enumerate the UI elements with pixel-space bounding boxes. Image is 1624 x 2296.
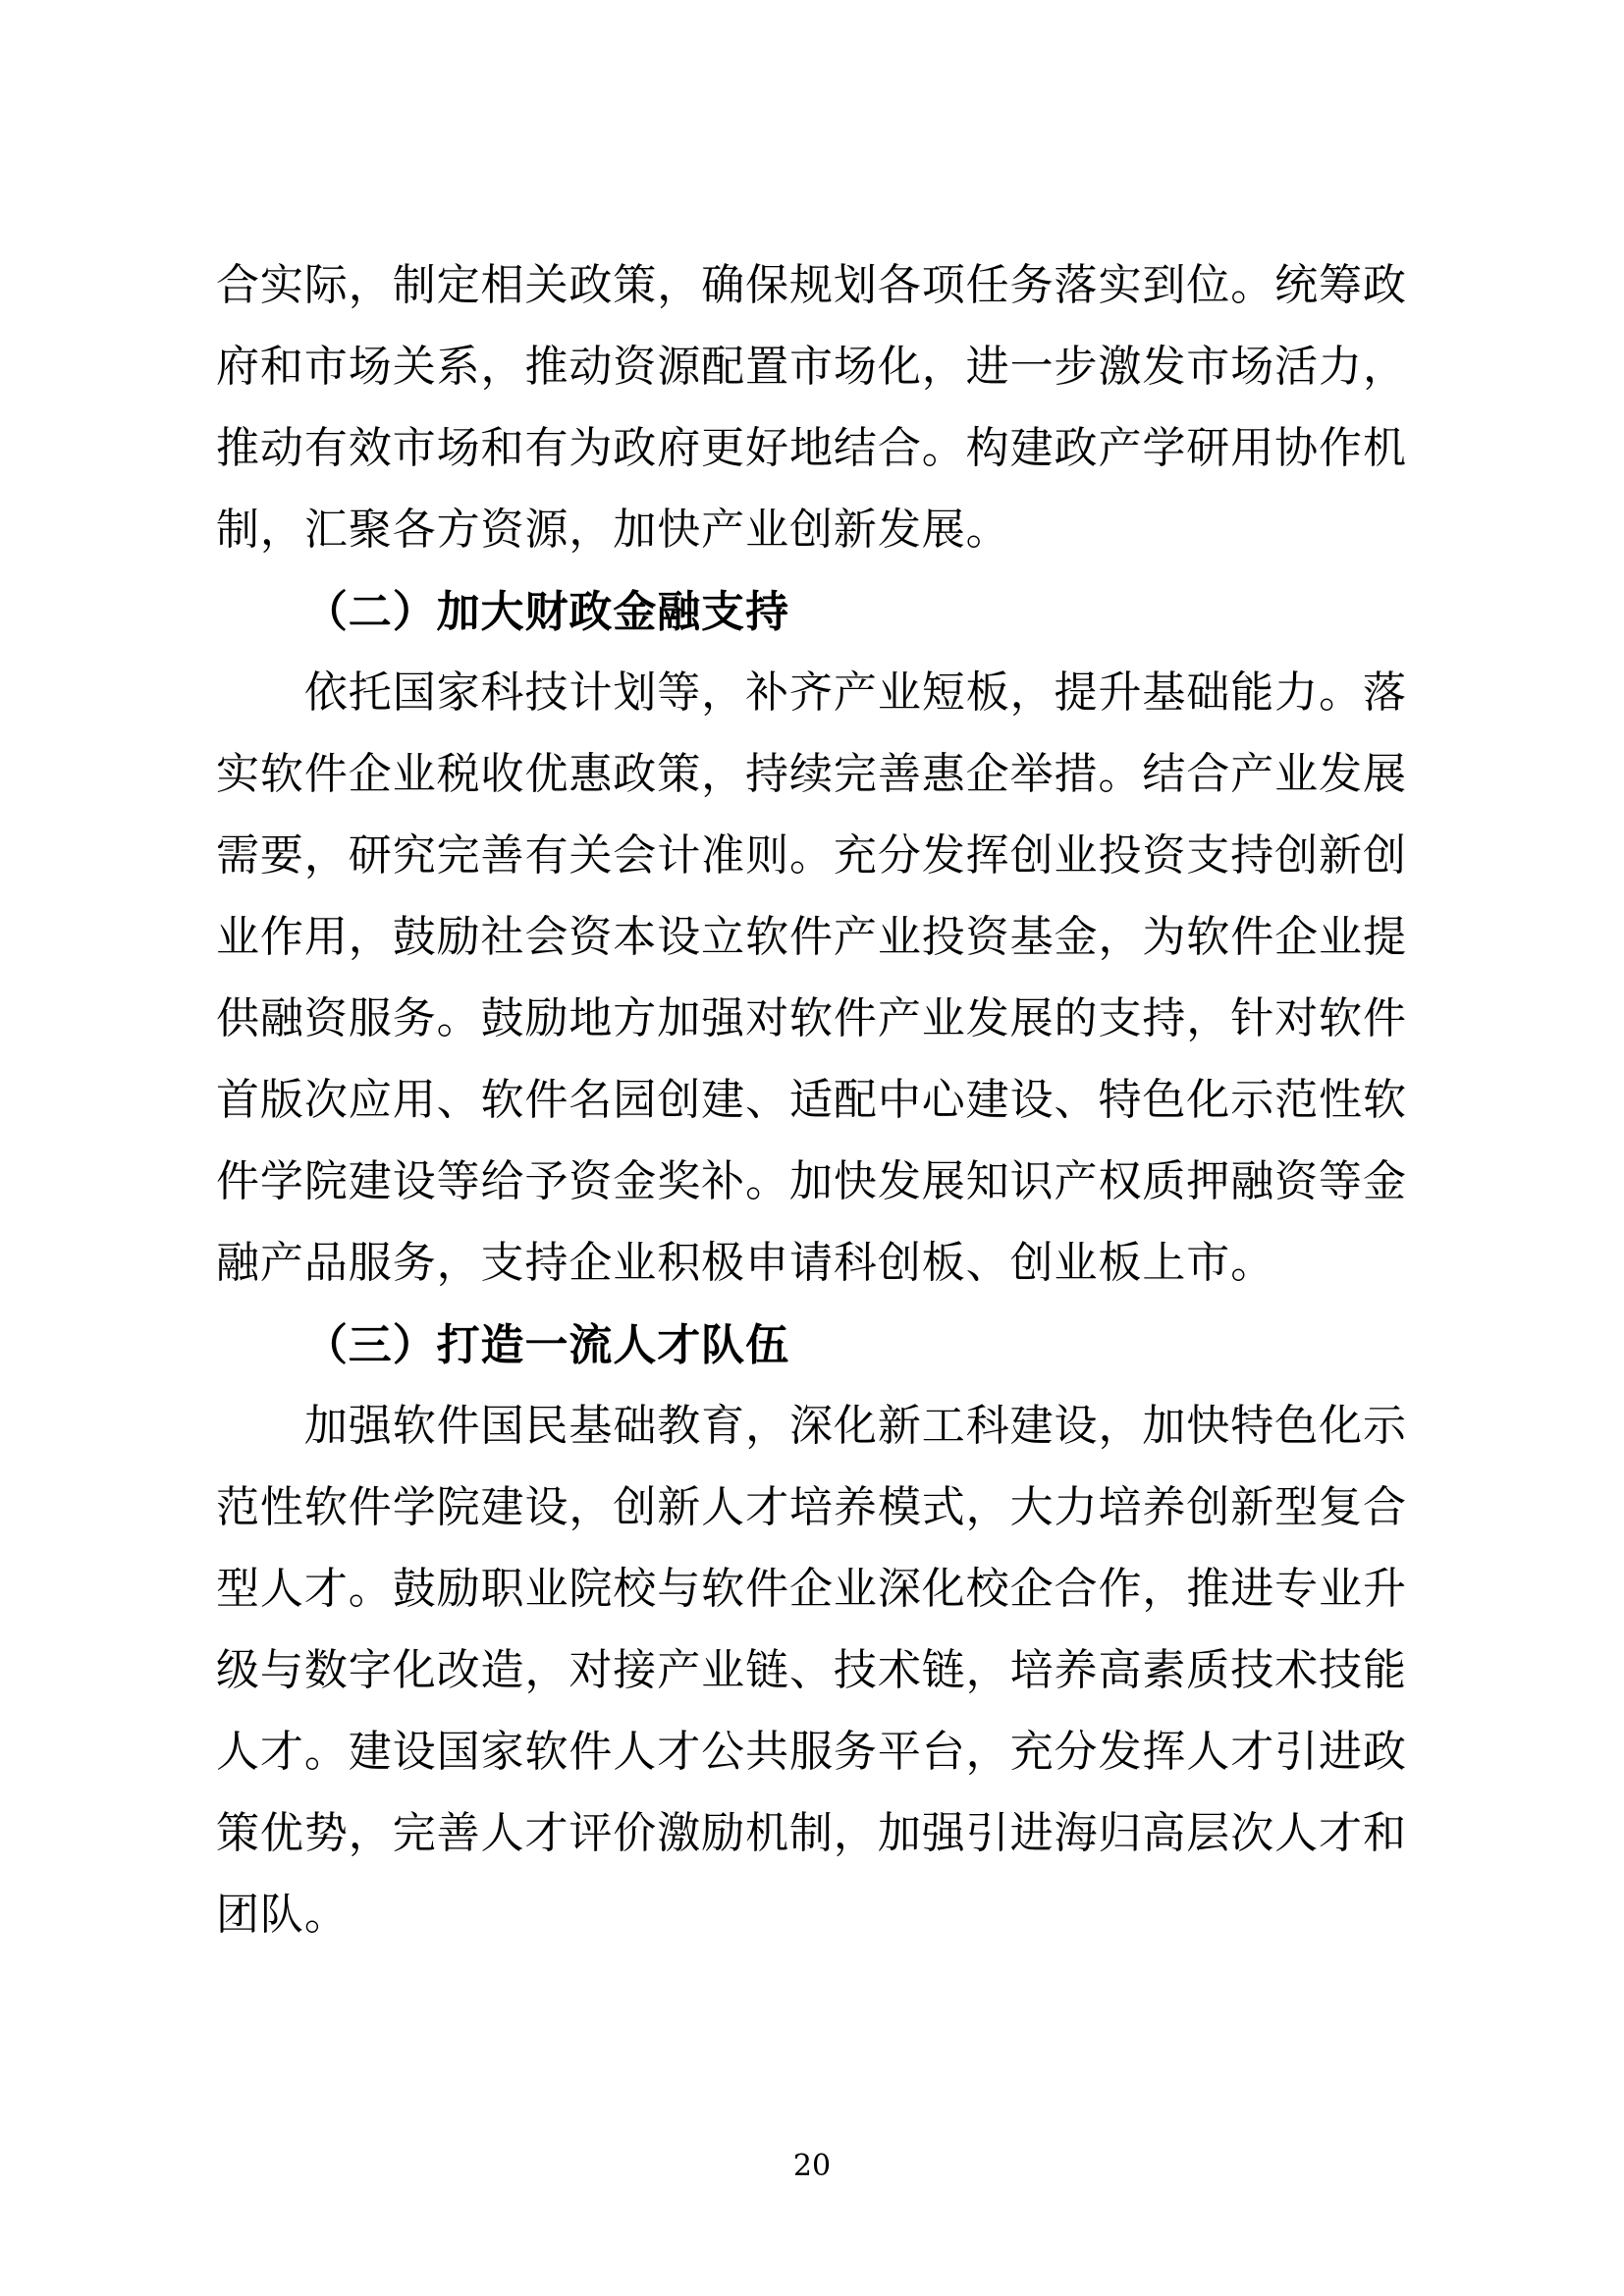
text-line: 融产品服务，支持企业积极申请科创板、创业板上市。 <box>216 1240 1407 1321</box>
page-number: 20 <box>0 2150 1624 2183</box>
text-line: 供融资服务。鼓励地方加强对软件产业发展的支持，针对软件 <box>216 995 1407 1077</box>
text-line: 推动有效市场和有为政府更好地结合。构建政产学研用协作机 <box>216 425 1407 507</box>
text-line: 策优势，完善人才评价激励机制，加强引进海归高层次人才和 <box>216 1810 1407 1892</box>
text-block: 合实际，制定相关政策，确保规划各项任务落实到位。统筹政府和市场关系，推动资源配置… <box>216 262 1407 1973</box>
text-line: 业作用，鼓励社会资本设立软件产业投资基金，为软件企业提 <box>216 914 1407 995</box>
document-page: 合实际，制定相关政策，确保规划各项任务落实到位。统筹政府和市场关系，推动资源配置… <box>0 0 1624 2296</box>
section-heading-line: （二）加大财政金融支持 <box>216 588 1407 669</box>
section-heading-line: （三）打造一流人才队伍 <box>216 1321 1407 1403</box>
text-line: 依托国家科技计划等，补齐产业短板，提升基础能力。落 <box>216 669 1407 751</box>
text-line: 首版次应用、软件名园创建、适配中心建设、特色化示范性软 <box>216 1077 1407 1158</box>
text-line: 人才。建设国家软件人才公共服务平台，充分发挥人才引进政 <box>216 1729 1407 1810</box>
text-line: 制，汇聚各方资源，加快产业创新发展。 <box>216 507 1407 588</box>
text-line: 需要，研究完善有关会计准则。充分发挥创业投资支持创新创 <box>216 832 1407 914</box>
text-line: 合实际，制定相关政策，确保规划各项任务落实到位。统筹政 <box>216 262 1407 344</box>
text-line: 府和市场关系，推动资源配置市场化，进一步激发市场活力， <box>216 344 1407 425</box>
text-line: 加强软件国民基础教育，深化新工科建设，加快特色化示 <box>216 1403 1407 1484</box>
text-line: 型人才。鼓励职业院校与软件企业深化校企合作，推进专业升 <box>216 1566 1407 1647</box>
text-line: 实软件企业税收优惠政策，持续完善惠企举措。结合产业发展 <box>216 751 1407 832</box>
text-line: 范性软件学院建设，创新人才培养模式，大力培养创新型复合 <box>216 1484 1407 1566</box>
text-line: 团队。 <box>216 1892 1407 1973</box>
text-line: 级与数字化改造，对接产业链、技术链，培养高素质技术技能 <box>216 1647 1407 1729</box>
text-line: 件学院建设等给予资金奖补。加快发展知识产权质押融资等金 <box>216 1158 1407 1240</box>
